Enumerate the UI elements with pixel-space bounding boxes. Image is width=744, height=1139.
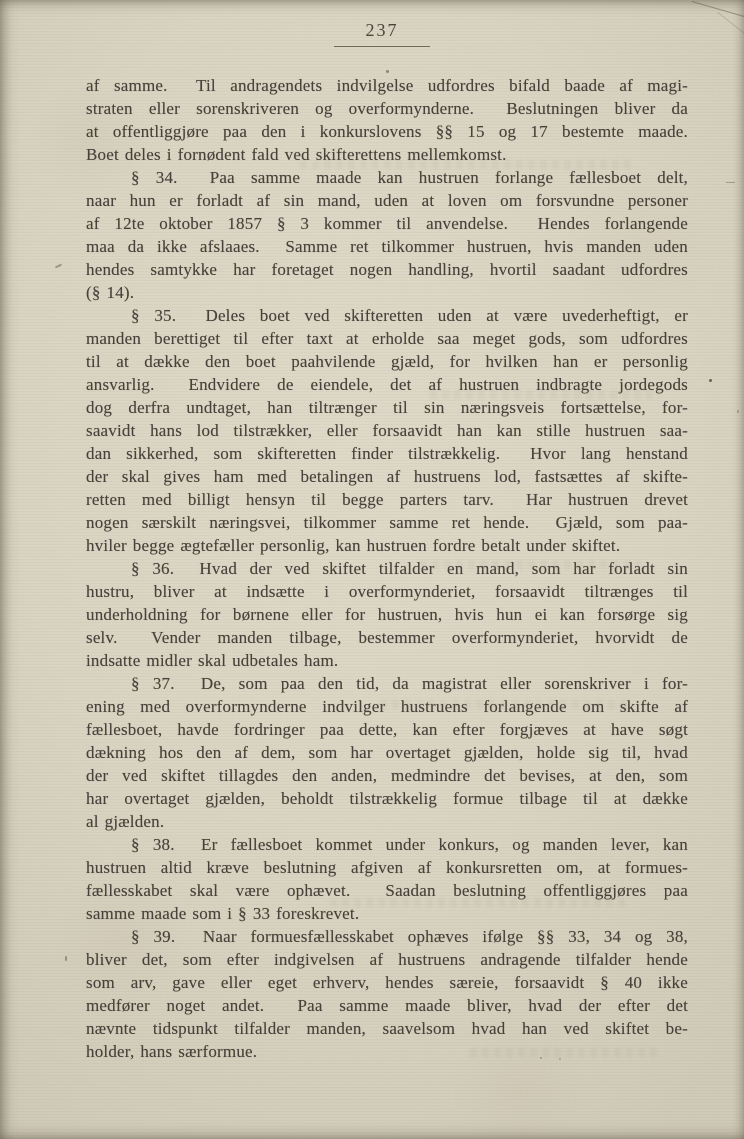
text-line: straten eller sorenskriveren og overform… [86,97,688,120]
text-line: dan sikkerhed, som skifteretten finder t… [86,442,688,465]
scan-speck [726,182,735,183]
text-line: al gjælden. [86,810,688,833]
text-line: Boet deles i fornødent fald ved skiftere… [86,143,688,166]
text-line: medfører noget andet. Paa samme maade bl… [86,994,688,1017]
page-number: 237 [334,20,430,47]
text-line: af 12te oktober 1857 § 3 kommer til anve… [86,212,688,235]
scan-speck [737,410,739,413]
scan-scratch [692,1,744,18]
page-text: af samme. Til andragendets indvilgelse u… [86,74,688,1063]
text-line: hviler begge ægtefæller personlig, kan h… [86,534,688,557]
text-line: selv. Vender manden tilbage, bestemmer o… [86,626,688,649]
text-line: maa da ikke afslaaes. Samme ret tilkomme… [86,235,688,258]
text-line: af samme. Til andragendets indvilgelse u… [86,74,688,97]
scanned-page: 237 af samme. Til andragendets indvilgel… [0,0,744,1139]
text-line: § 36. Hvad der ved skiftet tilfalder en … [86,557,688,580]
text-line: (§ 14). [86,281,688,304]
scan-speck [55,264,62,269]
text-line: hustruen altid kræve beslutning afgiven … [86,856,688,879]
text-line: hendes samtykke har foretaget nogen hand… [86,258,688,281]
text-line: manden berettiget til efter taxt at erho… [86,327,688,350]
text-line: som arv, gave eller eget erhverv, hendes… [86,971,688,994]
scan-speck [386,70,389,73]
text-line: naar hun er forladt af sin mand, uden at… [86,189,688,212]
text-line: har overtaget gjælden, beholdt tilstrækk… [86,787,688,810]
text-line: dog derfra undtaget, han tiltrænger til … [86,396,688,419]
text-line: nævnte tidspunkt tilfalder manden, saave… [86,1017,688,1040]
text-line: underholdning for børnene eller for hust… [86,603,688,626]
text-line: retten med billigt hensyn til begge part… [86,488,688,511]
scan-speck [65,956,67,961]
text-line: saavidt hans lod tilstrækker, eller fors… [86,419,688,442]
text-line: fællesskabet skal være ophævet. Saadan b… [86,879,688,902]
text-line: til at dække den boet paahvilende gjæld,… [86,350,688,373]
text-line: § 37. De, som paa den tid, da magistrat … [86,672,688,695]
text-line: § 38. Er fællesboet kommet under konkurs… [86,833,688,856]
text-line: indsatte midler skal udbetales ham. [86,649,688,672]
text-line: der ved skiftet tillagdes den anden, med… [86,764,688,787]
text-line: der skal gives ham med betalingen af hus… [86,465,688,488]
text-line: hustru, bliver at indsætte i overformynd… [86,580,688,603]
text-line: samme maade som i § 33 foreskrevet. [86,902,688,925]
text-line: holder, hans særformue. [86,1040,688,1063]
text-line: § 35. Deles boet ved skifteretten uden a… [86,304,688,327]
text-line: ening med overformynderne indvilger hust… [86,695,688,718]
scan-speck [709,379,712,382]
text-line: § 34. Paa samme maade kan hustruen forla… [86,166,688,189]
text-line: dækning hos den af dem, som har overtage… [86,741,688,764]
text-line: § 39. Naar formuesfællesskabet ophæves i… [86,925,688,948]
text-line: ansvarlig. Endvidere de eiendele, det af… [86,373,688,396]
scan-scratch [717,12,744,34]
text-line: bliver det, som efter indgivelsen af hus… [86,948,688,971]
text-line: fællesboet, havde fordringer paa dette, … [86,718,688,741]
text-line: nogen særskilt næringsvei, tilkommer sam… [86,511,688,534]
text-line: at offentliggjøre paa den i konkursloven… [86,120,688,143]
